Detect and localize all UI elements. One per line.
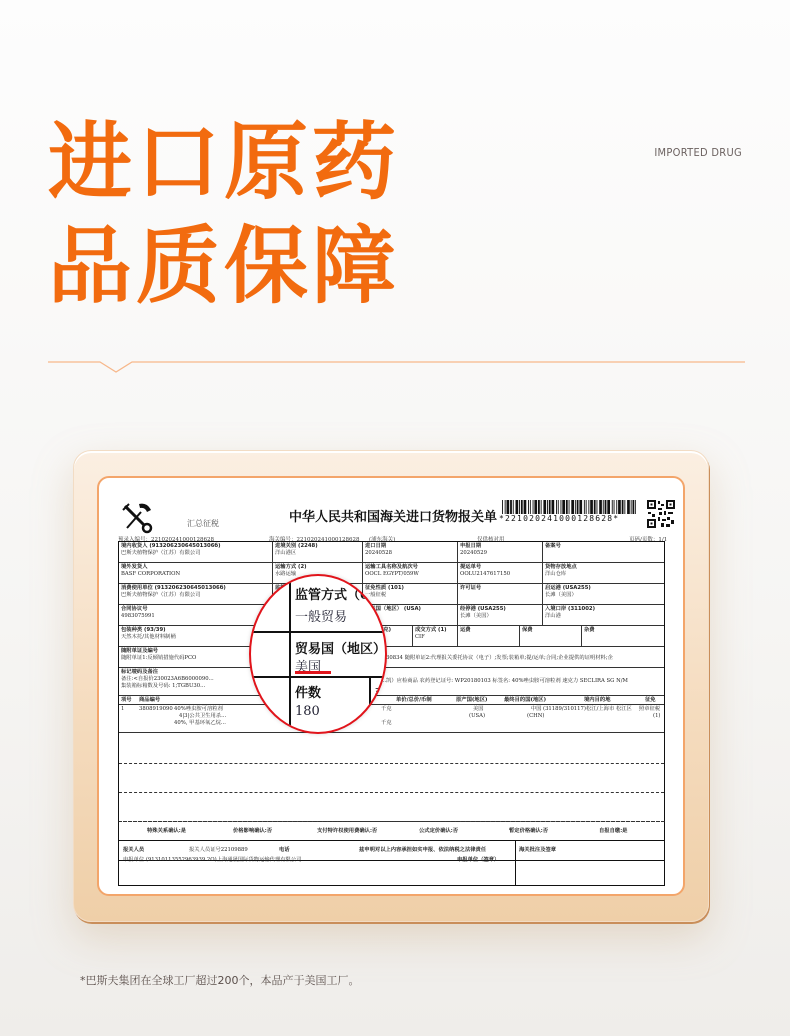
- supervision-method-value: 一般贸易: [295, 606, 347, 625]
- declaration-title: 中华人民共和国海关进口货物报关单: [289, 506, 497, 525]
- packages-value: 180: [295, 704, 320, 719]
- table-row: 包装种类 (93/39)天然木托/其他材料制桶 件数 净重(千克)4272.4 …: [119, 626, 664, 647]
- highlight-underline: [295, 671, 331, 674]
- supervision-method-label: 监管方式（011: [295, 584, 387, 603]
- customs-declaration: 汇总征税 中华人民共和国海关进口货物报关单 *22102024100012862…: [99, 478, 685, 896]
- barcode-icon: [502, 500, 636, 514]
- magnifier-highlight: 监管方式（011 一般贸易 贸易国（地区） （U 美国 件数 180 毛重( 4…: [249, 574, 387, 734]
- table-row: 境外发货人BASF CORPORATION 运输方式 (2)水路运输 运输工具名…: [119, 563, 664, 584]
- declaration-table: 境内收货人 (91320623064501306б)巴斯夫植物保护（江苏）有限公…: [118, 541, 665, 861]
- headline-line-2: 品质保障: [48, 214, 400, 318]
- barcode-number: *221020241000128628*: [499, 514, 619, 523]
- customs-declaration-paper: 汇总征税 中华人民共和国海关进口货物报关单 *22102024100012862…: [97, 476, 685, 896]
- empty-row-divider: [119, 792, 664, 793]
- tagline: IMPORTED DRUG: [654, 146, 742, 159]
- remarks-row: 标记唛码及备注 备注:<自报价230023A6B6000090... 集装箱标箱…: [119, 668, 664, 696]
- trade-country-label: 贸易国（地区）: [295, 638, 386, 657]
- goods-row: 1 3808919090 40%唑虫胺可溶粒剂 4|3|公共卫生用杀... 40…: [119, 705, 664, 733]
- headline: 进口原药 品质保障: [48, 110, 400, 318]
- confirmation-row: 特殊关系确认:是 价格影响确认:否 支付特许权使用费确认:否 公式定价确认:否 …: [118, 821, 665, 841]
- packages-label: 件数: [295, 682, 321, 701]
- declarant-section: 报关人员 报关人员证号22109889 电话 兹申明对以上内容承担如实申报、依法…: [118, 841, 665, 886]
- section-divider: [48, 360, 745, 374]
- empty-row-divider: [119, 763, 664, 764]
- table-row: 消费使用单位 (91320623064501306б)巴斯夫植物保护（江苏）有限…: [119, 584, 664, 605]
- customs-emblem-icon: [121, 500, 155, 534]
- table-row: 合同协议号4983075991 贸易国(地区) 启运国（地区） (USA)美国 …: [119, 605, 664, 626]
- footnote: *巴斯夫集团在全球工厂超过200个，本品产于美国工厂。: [80, 972, 360, 988]
- table-row: 境内收货人 (91320623064501306б)巴斯夫植物保护（江苏）有限公…: [119, 542, 664, 563]
- headline-line-1: 进口原药: [48, 110, 400, 214]
- goods-header-row: 项号 商品编号 单价/总价/币制 原产国(地区) 最终目的国(地区) 境内目的地…: [119, 696, 664, 705]
- summary-tax-label: 汇总征税: [187, 518, 219, 529]
- documents-row: 随附单证及编号 随附单证1:反倾销措施代码PCO ...30834 随附单证2:…: [119, 647, 664, 668]
- qr-code-icon: [647, 500, 675, 528]
